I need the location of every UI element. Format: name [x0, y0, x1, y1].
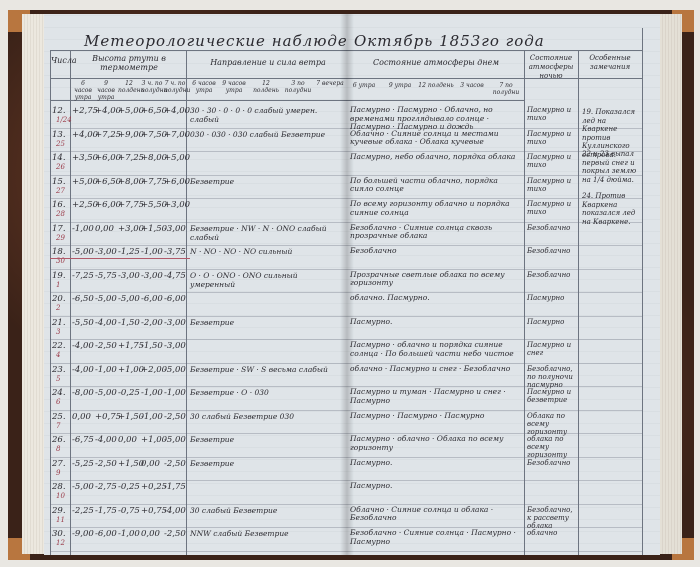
row-divider [50, 527, 346, 528]
night-entry: Пасмурно и тихо [527, 177, 577, 193]
wind-entry: 30 слабый Безветрие [190, 506, 344, 515]
wind-entry: Безветрие · O · 030 [190, 388, 344, 397]
day-number: 20. [52, 294, 66, 304]
temperature-value: -1,00 [118, 529, 140, 539]
remark-entry: 22 и 23 выпал первый снег и покрыл землю… [582, 150, 640, 184]
night-entry: облачно [527, 529, 577, 537]
temperature-value: -5,00 [95, 294, 117, 304]
page-edges-left [22, 14, 44, 554]
temperature-value: -1,50 [118, 318, 140, 328]
wind-entry: O · O · ONO · ONO сильный умеренный [190, 271, 344, 289]
night-entry: Безоблачно [527, 271, 577, 279]
day-number: 25. [52, 412, 66, 422]
temperature-value: 0,00 [95, 224, 114, 234]
atmosphere-entry: Пасмурно · облачно · Облака по всему гор… [350, 435, 522, 452]
temperature-value: -1,00 [164, 388, 186, 398]
atmosphere-entry: По большей части облачно, порядка сияло … [350, 177, 522, 194]
wind-entry: 30 слабый Безветрие 030 [190, 412, 344, 421]
temperature-value: -2,50 [95, 341, 117, 351]
temperature-value: -3,00 [118, 271, 140, 281]
night-entry: Безоблачно, по полуночи пасмурно [527, 365, 577, 389]
night-entry: Безоблачно [527, 224, 577, 232]
temperature-value: -3,00 [141, 271, 163, 281]
temperature-value: -5,00 [72, 482, 94, 492]
temperature-value: -1,00 [95, 365, 117, 375]
left-page: Метеорологические наблюдения за Числа Вы… [44, 14, 346, 555]
temperature-value: -0,25 [118, 388, 140, 398]
atmosphere-entry: Пасмурно, небо облачно, порядка облака [350, 153, 522, 162]
day-number: 29. [52, 506, 66, 516]
temperature-value: -2,00 [141, 318, 163, 328]
night-entry: Облака по всему горизонту [527, 412, 577, 436]
temperature-value: -6,00 [95, 529, 117, 539]
temperature-value: -4,00 [72, 341, 94, 351]
temperature-value: -5,75 [95, 271, 117, 281]
old-style-date: 27 [56, 187, 65, 195]
night-entry: Пасмурно [527, 318, 577, 326]
day-number: 22. [52, 341, 66, 351]
day-number: 15. [52, 177, 66, 187]
old-style-date: 1 [56, 281, 60, 289]
temperature-value: +7,00 [164, 130, 190, 140]
right-page: Октябрь 1853го года Состояние атмосферы … [346, 14, 660, 555]
row-divider [50, 480, 346, 481]
temperature-value: -2,75 [95, 482, 117, 492]
temperature-value: -1,00 [141, 412, 163, 422]
atmosphere-day-header: Состояние атмосферы днем [350, 58, 522, 67]
atmosphere-entry: Пасмурно. [350, 459, 522, 468]
old-style-date: 10 [56, 492, 65, 500]
day-number: 16. [52, 200, 66, 210]
old-style-date: 25 [56, 140, 65, 148]
temperature-value: -5,00 [164, 365, 186, 375]
night-entry: Пасмурно и безветрие [527, 388, 577, 404]
night-entry: Безоблачно, к рассвету облака [527, 506, 577, 530]
temperature-value: -4,00 [95, 435, 117, 445]
temperature-value: -5,00 [164, 435, 186, 445]
temperature-value: -9,00 [72, 529, 94, 539]
night-entry: Пасмурно и тихо [527, 130, 577, 146]
atmosphere-entry: облачно · Пасмурно и снег · Безоблачно [350, 365, 522, 374]
temperature-value: -5,50 [72, 318, 94, 328]
temperature-value: -1,50 [141, 341, 163, 351]
temperature-value: 0,00 [72, 412, 91, 422]
old-style-date: 28 [56, 210, 65, 218]
day-number: 14. [52, 153, 66, 163]
temperature-value: +4,00 [164, 106, 190, 116]
night-entry: Безоблачно [527, 247, 577, 255]
temperature-value: -1,00 [141, 388, 163, 398]
atmosphere-entry: Пасмурно. [350, 482, 522, 491]
day-number: 18. [52, 247, 66, 257]
row-divider [50, 386, 346, 387]
row-divider [50, 269, 346, 270]
temperature-value: -6,50 [72, 294, 94, 304]
day-number: 21. [52, 318, 66, 328]
wind-entry: N · NO · NO · NO сильный [190, 247, 344, 256]
day-number: 23. [52, 365, 66, 375]
temperature-value: -0,75 [118, 506, 140, 516]
row-divider [50, 551, 346, 552]
night-entry: Пасмурно [527, 294, 577, 302]
temperature-value: 0,00 [141, 529, 160, 539]
old-style-date: 29 [56, 234, 65, 242]
temperature-value: -6,00 [141, 294, 163, 304]
page-title-right: Октябрь 1853го года [354, 32, 545, 50]
old-style-date: 26 [56, 163, 65, 171]
temperature-value: -4,00 [72, 365, 94, 375]
row-divider [50, 316, 346, 317]
mercury-column-header: Высота ртути в термометре [74, 54, 184, 72]
date-column-header: Числа [51, 56, 69, 65]
remarks-header: Особенные замечания [580, 54, 640, 72]
temperature-value: -1,00 [141, 247, 163, 257]
book-gutter [340, 14, 354, 555]
temperature-value: -1,25 [118, 247, 140, 257]
atmosphere-night-header: Состояние атмосферы ночью [526, 54, 576, 81]
old-style-date: 6 [56, 398, 60, 406]
month-divider [50, 258, 190, 259]
temperature-value: -1,75 [164, 482, 186, 492]
old-style-date: 4 [56, 351, 60, 359]
temperature-value: -3,75 [164, 247, 186, 257]
row-divider [50, 339, 346, 340]
temperature-value: -3,00 [164, 341, 186, 351]
temperature-value: -2,50 [164, 412, 186, 422]
temperature-value: -2,25 [72, 506, 94, 516]
wind-entry: 30 · 30 · 0 · 0 · 0 слабый умерен. слабы… [190, 106, 344, 124]
wind-entry: Безветрие · NW · N · ONO слабый слабый [190, 224, 344, 242]
day-number: 19. [52, 271, 66, 281]
day-number: 24. [52, 388, 66, 398]
temperature-value: -6,00 [164, 294, 186, 304]
atmosphere-entry: Прозрачные светлые облака по всему гориз… [350, 271, 522, 288]
day-number: 28. [52, 482, 66, 492]
temperature-value: -2,50 [164, 459, 186, 469]
atmosphere-entry: Безоблачно [350, 247, 522, 256]
temperature-value: -5,00 [95, 388, 117, 398]
temperature-value: -5,25 [72, 459, 94, 469]
night-entry: Пасмурно и тихо [527, 153, 577, 169]
day-number: 12. [52, 106, 66, 116]
old-style-date: 3 [56, 328, 60, 336]
night-entry: Пасмурно и тихо [527, 106, 577, 122]
atmosphere-entry: Пасмурно · Пасмурно · Пасмурно [350, 412, 522, 421]
day-number: 26. [52, 435, 66, 445]
wind-entry: Безветрие [190, 459, 344, 468]
day-number: 30. [52, 529, 66, 539]
atmosphere-entry: Безоблачно · Сияние солнца сквозь прозра… [350, 224, 522, 241]
old-style-date: 5 [56, 375, 60, 383]
row-divider [50, 175, 346, 176]
temperature-value: -4,75 [164, 271, 186, 281]
temperature-value: +5,00 [164, 153, 190, 163]
temperature-value: -4,00 [95, 318, 117, 328]
wind-entry: Безветрие [190, 177, 344, 186]
row-divider [50, 292, 346, 293]
night-entry: облака по всему горизонту [527, 435, 577, 459]
atmosphere-entry: Облачно · Сияние солнца и местами кучевы… [350, 130, 522, 147]
temperature-value: +6,00 [164, 177, 190, 187]
temperature-value: -1,00 [72, 224, 94, 234]
row-divider [50, 363, 346, 364]
temperature-value: -4,00 [164, 506, 186, 516]
row-divider [50, 245, 346, 246]
temperature-value: -8,00 [72, 388, 94, 398]
row-divider [50, 433, 346, 434]
wind-entry: NNW слабый Безветрие [190, 529, 344, 538]
old-style-date: 2 [56, 304, 60, 312]
atmosphere-entry: Пасмурно · Пасмурно · Облачно, но времен… [350, 106, 522, 132]
day-number: 27. [52, 459, 66, 469]
old-style-date: 8 [56, 445, 60, 453]
wind-entry: Безветрие · SW · S весьма слабый [190, 365, 344, 374]
old-style-date: 1/24 [56, 116, 72, 124]
row-divider [50, 198, 346, 199]
old-style-date: 11 [56, 516, 65, 524]
temperature-value: -1,75 [95, 506, 117, 516]
day-number: 17. [52, 224, 66, 234]
temperature-value: -3,00 [164, 224, 186, 234]
night-entry: Пасмурно и тихо [527, 200, 577, 216]
row-divider [50, 128, 346, 129]
night-entry: Пасмурно и снег [527, 341, 577, 357]
wind-entry: Безветрие [190, 435, 344, 444]
wind-entry: 030 · 030 · 030 слабый Безветрие [190, 130, 344, 139]
atmosphere-entry: Облачно · Сияние солнца и облака · Безоб… [350, 506, 522, 523]
temperature-value: 0,00 [118, 435, 137, 445]
temperature-value: 0,00 [141, 459, 160, 469]
temperature-value: -5,00 [118, 294, 140, 304]
temperature-value: -3,00 [164, 318, 186, 328]
old-style-date: 12 [56, 539, 65, 547]
temperature-value: -7,25 [72, 271, 94, 281]
row-divider [50, 410, 346, 411]
atmosphere-entry: облачно. Пасмурно. [350, 294, 522, 303]
row-divider [50, 151, 346, 152]
temperature-value: -5,00 [72, 247, 94, 257]
temperature-value: -0,25 [118, 482, 140, 492]
temperature-value: -2,50 [95, 459, 117, 469]
temperature-value: -2,50 [164, 529, 186, 539]
atmosphere-entry: Пасмурно. [350, 318, 522, 327]
temperature-value: +3,00 [164, 200, 190, 210]
temperature-value: -6,75 [72, 435, 94, 445]
row-divider [50, 457, 346, 458]
row-divider [50, 222, 346, 223]
atmosphere-entry: Безоблачно · Сияние солнца · Пасмурно · … [350, 529, 522, 546]
row-divider [346, 551, 642, 552]
page-edges-right [660, 14, 682, 554]
night-entry: Безоблачно [527, 459, 577, 467]
temperature-value: -3,00 [95, 247, 117, 257]
row-divider [50, 504, 346, 505]
old-style-date: 7 [56, 422, 60, 430]
wind-column-header: Направление и сила ветра [190, 58, 346, 67]
remark-entry: 24. Против Кваркена показался лед на Ква… [582, 192, 640, 226]
wind-entry: Безветрие [190, 318, 344, 327]
atmosphere-entry: Пасмурно и туман · Пасмурно и снег · Пас… [350, 388, 522, 405]
atmosphere-entry: Пасмурно · облачно и порядка сияние солн… [350, 341, 522, 358]
old-style-date: 9 [56, 469, 60, 477]
day-number: 13. [52, 130, 66, 140]
atmosphere-entry: По всему горизонту облачно и порядка сия… [350, 200, 522, 217]
